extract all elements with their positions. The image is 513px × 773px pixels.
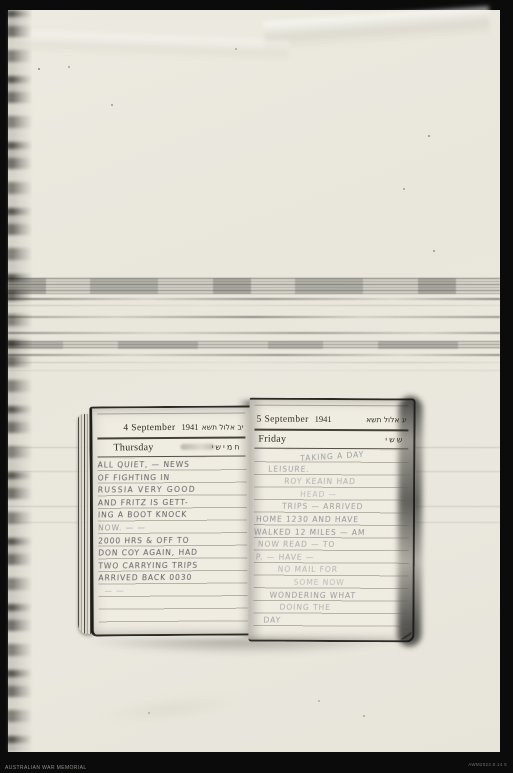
photocopy-streak-line — [8, 298, 500, 300]
ruled-entry-area: ALL QUIET, — NEWS OF FIGHTING IN RUSSIA … — [98, 457, 248, 624]
year-text: 1941 — [181, 422, 198, 432]
toner-streak-left-edge — [6, 10, 34, 752]
diary-line: DAY — [253, 613, 409, 626]
photocopy-streak-band — [8, 278, 500, 294]
paper-crease — [263, 6, 491, 52]
date-text: 4 September — [123, 423, 175, 433]
photocopy-streak-line — [8, 362, 500, 363]
day-name: Friday — [258, 434, 286, 445]
paper-crease — [96, 688, 246, 729]
year-text: 1941 — [315, 414, 332, 424]
date-text: 5 September — [256, 415, 308, 425]
diary-line: LEISURE. — [254, 462, 410, 475]
diary-line: WONDERING WHAT — [253, 588, 409, 601]
photocopy-paper: 4 September1941 יב אלול תשא Thursday חמי… — [8, 10, 500, 752]
ink-showthrough-smudge — [180, 444, 214, 450]
diary-line: — — — [98, 583, 248, 597]
day-row: Thursday חמישי — [97, 438, 245, 457]
date-row: 5 September1941 יג אלול תשא — [254, 406, 408, 432]
date-english: 5 September1941 — [256, 409, 331, 427]
hebrew-date: יב אלול תשא — [202, 422, 244, 431]
archive-credit: AUSTRALIAN WAR MEMORIAL — [5, 765, 87, 771]
date-row: 4 September1941 יב אלול תשא — [97, 413, 245, 439]
diary-line: NOW READ — TO — [254, 538, 410, 551]
diary-line: DON COY AGAIN, HAD — [98, 546, 248, 560]
ruled-entry-area: TAKING A DAY LEISURE. ROY KEAIN HAD HEAD… — [253, 450, 409, 631]
photocopy-streak-band — [8, 341, 500, 349]
diary-line: WALKED 12 MILES — AM — [254, 525, 410, 538]
diary-line: HOME 1230 AND HAVE — [254, 513, 410, 526]
diary-page-right: 5 September1941 יג אלול תשא Friday ששי T… — [248, 398, 415, 643]
page-header: 5 September1941 יג אלול תשא Friday ששי — [254, 405, 408, 450]
diary-line: ARRIVED BACK 0030 — [98, 571, 248, 585]
photocopy-streak-line — [8, 332, 500, 334]
photocopy-streak-line — [8, 316, 500, 318]
hebrew-day-name: ששי — [385, 435, 404, 444]
paper-crease — [18, 31, 289, 62]
diary-line: NOW. — — — [98, 520, 248, 534]
photocopy-streak-line — [8, 354, 500, 356]
date-english: 4 September1941 — [123, 417, 198, 436]
day-name: Thursday — [113, 442, 153, 453]
page-corner-curl — [395, 625, 411, 639]
diary-line: ALL QUIET, — NEWS — [97, 457, 247, 471]
diary-line: TRIPS — ARRIVED — [254, 500, 410, 513]
diary-line: ROY KEAIN HAD — [254, 475, 410, 488]
page-header: 4 September1941 יב אלול תשא Thursday חמי… — [97, 412, 245, 457]
open-diary: 4 September1941 יב אלול תשא Thursday חמי… — [70, 390, 406, 648]
reference-number: AWM2022.8.14 5 — [468, 762, 507, 767]
diary-page-left: 4 September1941 יב אלול תשא Thursday חמי… — [89, 405, 253, 636]
photocopy-streak-line — [8, 305, 500, 306]
diary-line: RUSSIA VERY GOOD — [97, 483, 247, 497]
diary-line: DOING THE — [253, 601, 409, 614]
diary-line: 2000 HRS & OFF TO — [98, 533, 248, 547]
diary-line: ING A BOOT KNOCK — [98, 508, 248, 522]
diary-line: SOME NOW — [253, 576, 409, 589]
hebrew-day-name: חמישי — [212, 443, 242, 452]
photocopy-streak-line — [8, 370, 500, 371]
diary-line: NO MAIL FOR — [253, 563, 409, 576]
